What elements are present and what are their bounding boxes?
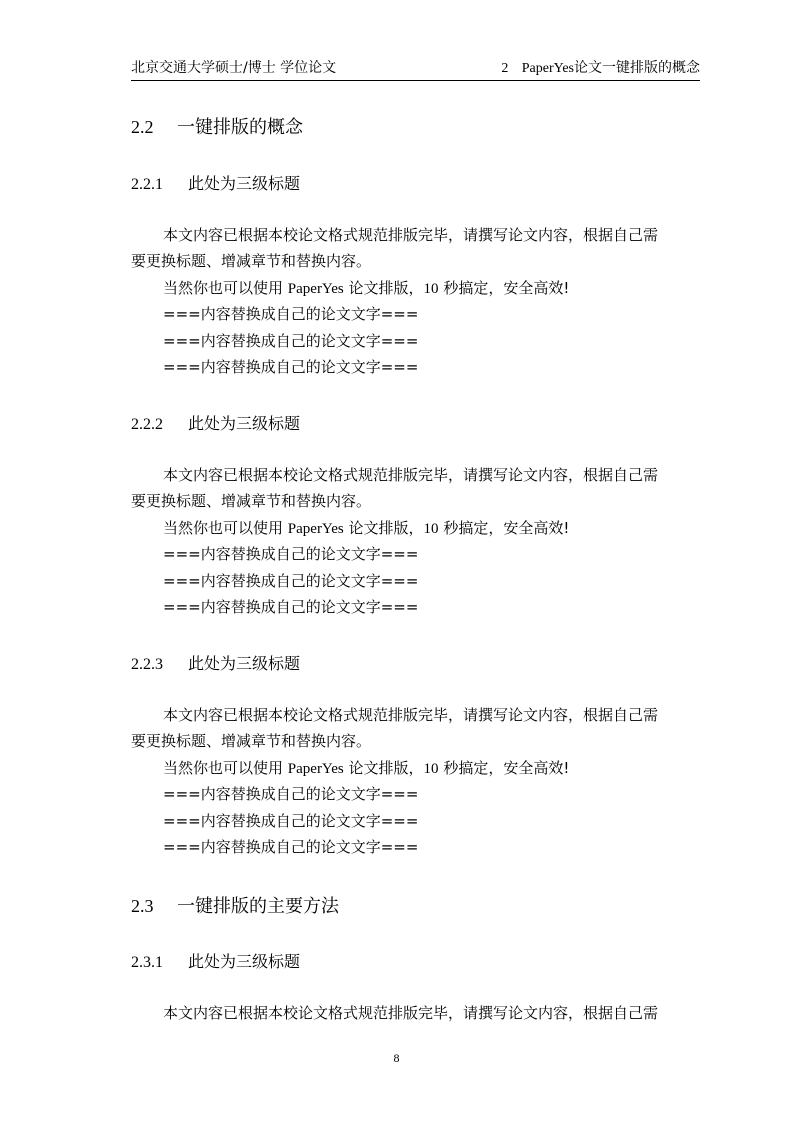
section-title: 一键排版的主要方法: [177, 896, 339, 917]
text: 论文排版，: [344, 759, 424, 777]
placeholder-line: ===内容替换成自己的论文文字===: [163, 307, 418, 322]
placeholder-line: ===内容替换成自己的论文文字===: [163, 787, 418, 802]
header-chapter-number: 2: [501, 61, 508, 76]
subsection-heading-2-2-2: 2.2.2此处为三级标题: [131, 416, 300, 433]
header-university-title: 北京交通大学硕士/博士 学位论文: [131, 57, 336, 77]
placeholder-line: ===内容替换成自己的论文文字===: [163, 360, 418, 375]
text: 当然你也可以使用: [163, 759, 288, 777]
paragraph-line: 本文内容已根据本校论文格式规范排版完毕，请撰写论文内容，根据自己需: [163, 1006, 658, 1021]
section-heading-2-2: 2.2一键排版的概念: [131, 118, 303, 137]
subsection-heading-2-2-1: 2.2.1此处为三级标题: [131, 176, 300, 193]
brand-name: PaperYes: [288, 761, 344, 777]
paragraph-line: 本文内容已根据本校论文格式规范排版完毕，请撰写论文内容，根据自己需: [163, 228, 658, 243]
placeholder-line: ===内容替换成自己的论文文字===: [163, 600, 418, 615]
section-number: 2.2: [131, 118, 177, 136]
subsection-number: 2.2.3: [131, 657, 188, 673]
paragraph-line: 要更换标题、增减章节和替换内容。: [131, 734, 371, 749]
text: 秒搞定，安全高效!: [439, 759, 570, 777]
header-chapter-name: 论文一键排版的概念: [574, 60, 700, 76]
paragraph-line: 当然你也可以使用 PaperYes 论文排版，10 秒搞定，安全高效!: [163, 281, 569, 297]
text: 论文排版，: [344, 279, 424, 297]
seconds-number: 10: [424, 521, 439, 537]
header-brand: PaperYes: [522, 61, 574, 76]
text: 当然你也可以使用: [163, 279, 288, 297]
paragraph-line: 本文内容已根据本校论文格式规范排版完毕，请撰写论文内容，根据自己需: [163, 708, 658, 723]
paragraph-line: 要更换标题、增减章节和替换内容。: [131, 494, 371, 509]
subsection-heading-2-2-3: 2.2.3此处为三级标题: [131, 656, 300, 673]
section-heading-2-3: 2.3一键排版的主要方法: [131, 897, 339, 916]
text: 秒搞定，安全高效!: [439, 279, 570, 297]
section-title: 一键排版的概念: [177, 117, 303, 138]
paragraph-line: 本文内容已根据本校论文格式规范排版完毕，请撰写论文内容，根据自己需: [163, 468, 658, 483]
subsection-number: 2.3.1: [131, 955, 188, 971]
subsection-title: 此处为三级标题: [188, 952, 300, 971]
subsection-number: 2.2.1: [131, 177, 188, 193]
seconds-number: 10: [424, 281, 439, 297]
placeholder-line: ===内容替换成自己的论文文字===: [163, 334, 418, 349]
subsection-number: 2.2.2: [131, 417, 188, 433]
text: 秒搞定，安全高效!: [439, 519, 570, 537]
placeholder-line: ===内容替换成自己的论文文字===: [163, 547, 418, 562]
seconds-number: 10: [424, 761, 439, 777]
paragraph-line: 当然你也可以使用 PaperYes 论文排版，10 秒搞定，安全高效!: [163, 761, 569, 777]
subsection-title: 此处为三级标题: [188, 174, 300, 193]
section-number: 2.3: [131, 897, 177, 915]
placeholder-line: ===内容替换成自己的论文文字===: [163, 840, 418, 855]
page-header: 北京交通大学硕士/博士 学位论文 2 PaperYes论文一键排版的概念: [131, 58, 700, 81]
page-number: 8: [0, 1051, 793, 1066]
placeholder-line: ===内容替换成自己的论文文字===: [163, 574, 418, 589]
paragraph-line: 要更换标题、增减章节和替换内容。: [131, 254, 371, 269]
text: 当然你也可以使用: [163, 519, 288, 537]
text: 论文排版，: [344, 519, 424, 537]
brand-name: PaperYes: [288, 281, 344, 297]
subsection-title: 此处为三级标题: [188, 414, 300, 433]
placeholder-line: ===内容替换成自己的论文文字===: [163, 814, 418, 829]
header-chapter-title: 2 PaperYes论文一键排版的概念: [501, 57, 700, 77]
subsection-title: 此处为三级标题: [188, 654, 300, 673]
paragraph-line: 当然你也可以使用 PaperYes 论文排版，10 秒搞定，安全高效!: [163, 521, 569, 537]
subsection-heading-2-3-1: 2.3.1此处为三级标题: [131, 954, 300, 971]
document-page: 北京交通大学硕士/博士 学位论文 2 PaperYes论文一键排版的概念 2.2…: [0, 0, 793, 1122]
brand-name: PaperYes: [288, 521, 344, 537]
